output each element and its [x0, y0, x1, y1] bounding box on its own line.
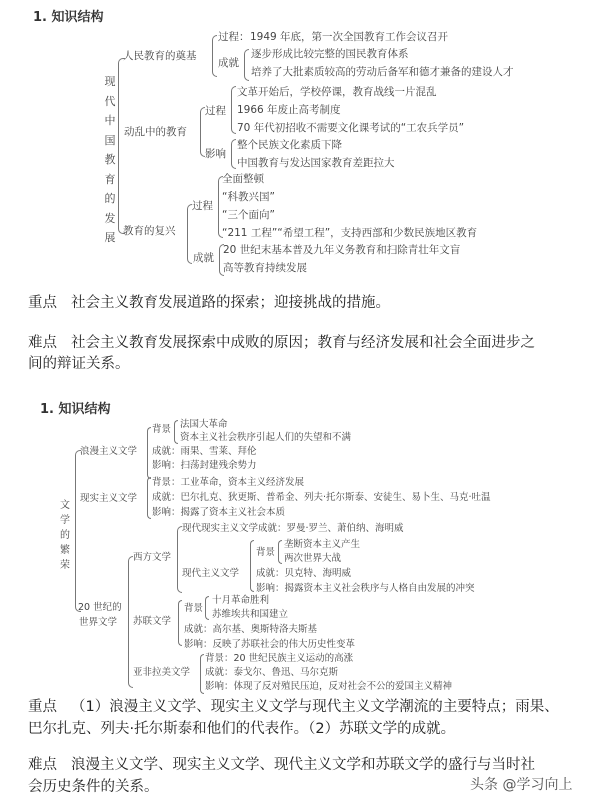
bracket	[177, 526, 182, 593]
achieve-label: 成就	[193, 253, 214, 264]
process-item: 文革开始后，学校停课，教育战线一片混乱	[237, 87, 437, 98]
bracket	[231, 139, 236, 169]
process-item: “三个面向”	[222, 210, 275, 221]
bg-label: 背景	[152, 425, 171, 435]
watermark: 头条 @学习向上	[470, 774, 572, 794]
branch-label: 教育的复兴	[123, 226, 176, 237]
western-label: 西方文学	[133, 553, 171, 563]
difficulty-1-cont: 间的辩证关系。	[28, 353, 130, 375]
bg-item: 十月革命胜利	[212, 596, 269, 606]
process-label: 过程：	[218, 32, 250, 43]
process-label: 过程	[205, 106, 226, 117]
modern-realism-item: 现代现实主义文学成就：罗曼·罗兰、萧伯纳、海明威	[182, 524, 404, 534]
realism-label: 现实主义文学	[80, 494, 137, 504]
process-item: 1966 年废止高考制度	[237, 105, 341, 116]
bracket	[205, 596, 209, 620]
process-label: 过程	[192, 201, 213, 212]
key-point-1: 重点社会主义教育发展道路的探索；迎接挑战的措施。	[28, 292, 390, 314]
bg-item: 垄断资本主义产生	[284, 540, 360, 550]
difficulty-text: 浪漫主义文学、现实主义文学、现代主义文学和苏联文学的盛行与当时社	[71, 757, 535, 773]
achievement-item: 20 世纪末基本普及九年义务教育和扫除青壮年文盲	[223, 245, 460, 256]
impact-item: 中国教育与发达国家教育差距拉大	[237, 158, 395, 169]
impact-item: 影响：揭露了资本主义社会本质	[152, 508, 285, 518]
romanticism-label: 浪漫主义文学	[80, 447, 137, 457]
bracket	[174, 420, 178, 444]
bg-item: 背景：工业革命，资本主义经济发展	[152, 478, 304, 488]
impact-label: 影响	[205, 149, 226, 160]
impact-item: 整个民族文化素质下降	[237, 140, 342, 151]
modernism-label: 现代主义文学	[182, 569, 239, 579]
key-point-text: （1）浪漫主义文学、现实主义文学与现代主义文学潮流的主要特点；雨果、	[71, 699, 559, 715]
bg-item: 背景：20 世纪民族主义运动的高涨	[205, 654, 353, 664]
process-item: 70 年代初招收不需要文化课考试的“工农兵学员”	[237, 123, 464, 134]
branch-label: 人民教育的奠基	[123, 51, 197, 62]
bracket	[200, 654, 204, 694]
root-bracket	[75, 450, 81, 612]
process-item: 全面整顿	[222, 174, 264, 185]
world20-label: 20 世纪的	[78, 603, 122, 613]
bg-item: 法国大革命	[180, 420, 228, 430]
process-item: “211 工程”“希望工程”，支持西部和少数民族地区教育	[222, 228, 477, 239]
key-point-text: 社会主义教育发展道路的探索；迎接挑战的措施。	[71, 295, 390, 311]
bracket	[250, 540, 254, 592]
bg-label: 背景	[184, 604, 203, 614]
bracket	[212, 35, 217, 77]
achieve-item: 成就：巴尔扎克、狄更斯、普希金、列夫·托尔斯泰、安徒生、易卜生、马克·吐温	[152, 493, 491, 503]
process-item: “科教兴国”	[222, 192, 275, 203]
bracket	[147, 427, 151, 479]
impact-item: 影响：体现了反对殖民压迫，反对社会不公的爱国主义精神	[205, 682, 452, 692]
bg-label: 背景	[256, 548, 275, 558]
root-label-education: 现代中国教育的发展	[104, 72, 116, 248]
difficulty-1: 难点社会主义教育发展探索中成败的原因；教育与经济发展和社会全面进步之	[28, 332, 535, 354]
bracket	[178, 600, 182, 646]
section2-heading: 1. 知识结构	[40, 398, 111, 417]
achieve-item: 成就：泰戈尔、鲁迅、马尔克斯	[205, 668, 338, 678]
soviet-label: 苏联文学	[133, 617, 171, 627]
key-point-label: 重点	[28, 295, 57, 311]
difficulty-text: 社会主义教育发展探索中成败的原因；教育与经济发展和社会全面进步之	[71, 335, 535, 351]
achievement-item: 培养了大批素质较高的劳动后备军和德才兼备的建设人才	[251, 67, 514, 78]
process-item: 1949 年底，第一次全国教育工作会议召开	[250, 32, 448, 43]
afro-asian-latin-label: 亚非拉美文学	[133, 668, 190, 678]
bracket	[187, 204, 192, 264]
difficulty-label: 难点	[28, 757, 57, 773]
achievement-item: 逐步形成比较完整的国民教育体系	[251, 49, 409, 60]
bracket	[278, 540, 282, 564]
impact-item: 影响：扫荡封建残余势力	[152, 461, 257, 471]
world20-label-cont: 世界文学	[79, 618, 117, 628]
difficulty-2-cont: 会历史条件的关系。	[28, 776, 159, 798]
branch-label: 动乱中的教育	[124, 127, 187, 138]
key-point-label: 重点	[28, 699, 57, 715]
achieve-item: 成就：雨果、雪莱、拜伦	[152, 447, 257, 457]
bracket	[244, 49, 249, 81]
difficulty-2: 难点浪漫主义文学、现实主义文学、现代主义文学和苏联文学的盛行与当时社	[28, 754, 535, 776]
bg-item: 两次世界大战	[284, 554, 341, 564]
bracket	[147, 477, 151, 519]
impact-item: 影响：反映了苏联社会的伟大历史性变革	[184, 640, 355, 650]
bracket	[231, 86, 236, 134]
key-point-2: 重点（1）浪漫主义文学、现实主义文学与现代主义文学潮流的主要特点；雨果、	[28, 696, 559, 718]
achieve-item: 成就：贝克特、海明威	[256, 569, 351, 579]
bg-item: 苏维埃共和国建立	[212, 610, 288, 620]
impact-item: 影响：揭露资本主义社会秩序与人格自由发展的冲突	[256, 584, 475, 594]
achievement-item: 高等教育持续发展	[223, 263, 307, 274]
root-bracket	[118, 58, 125, 234]
root-label-literature: 文学的繁荣	[59, 498, 71, 573]
section1-heading: 1. 知识结构	[33, 6, 104, 25]
difficulty-label: 难点	[28, 335, 57, 351]
achieve-label: 成就	[218, 58, 239, 69]
achieve-item: 成就：高尔基、奥斯特洛夫斯基	[184, 625, 317, 635]
key-point-2-cont: 巴尔扎克、列夫·托尔斯泰和他们的代表作。（2）苏联文学的成就。	[28, 718, 455, 740]
bg-item: 资本主义社会秩序引起人们的失望和不满	[180, 433, 351, 443]
